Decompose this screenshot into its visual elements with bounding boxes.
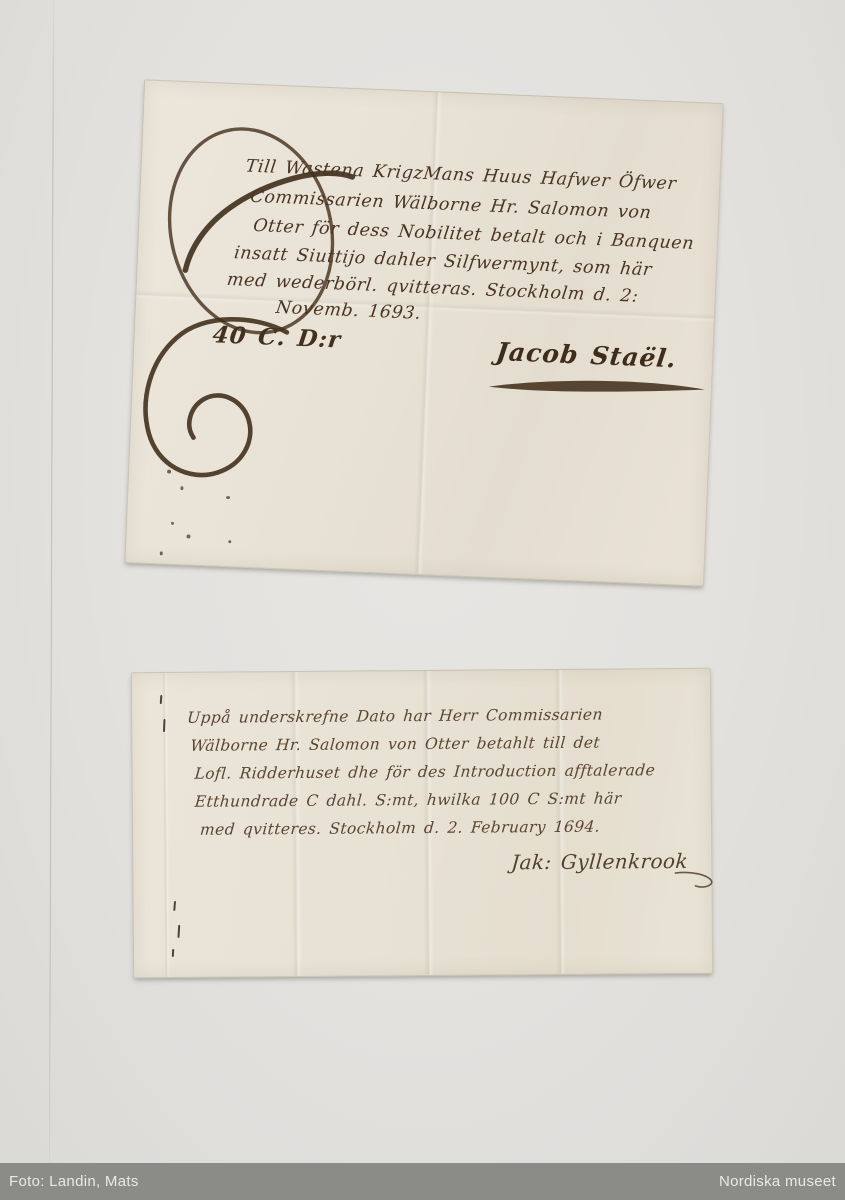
museum-name: Nordiska museet xyxy=(719,1173,836,1190)
handwriting-line: Uppå underskrefne Dato har Herr Commissa… xyxy=(186,706,603,727)
mount-crease-line xyxy=(49,0,54,1163)
museum-photo: Till Wastena KrigzMans Huus Hafwer Öfwer… xyxy=(0,0,845,1200)
signature-tail-flourish xyxy=(673,869,723,891)
handwriting-line: Wälborne Hr. Salomon von Otter betahlt t… xyxy=(190,734,601,755)
photographer-credit: Foto: Landin, Mats xyxy=(9,1173,139,1190)
receipt-1693-paper: Till Wastena KrigzMans Huus Hafwer Öfwer… xyxy=(124,79,723,586)
handwriting-line: Etthundrade C dahl. S:mt, hwilka 100 C S… xyxy=(194,789,622,810)
credit-bar: Foto: Landin, Mats Nordiska museet xyxy=(0,1163,845,1200)
signature-underline-flourish xyxy=(484,371,710,406)
stitch-mark-group xyxy=(132,669,710,674)
signature: Jacob Staël. xyxy=(494,337,678,373)
signature: Jak: Gyllenkrook xyxy=(510,849,689,874)
receipt-1694-paper: Uppå underskrefne Dato har Herr Commissa… xyxy=(131,668,713,979)
handwriting-line: Lofl. Ridderhuset dhe för des Introducti… xyxy=(194,761,656,783)
amount-figure: 40 C. D:r xyxy=(211,321,343,353)
handwriting-line: med qvitteres. Stockholm d. 2. February … xyxy=(199,818,601,839)
